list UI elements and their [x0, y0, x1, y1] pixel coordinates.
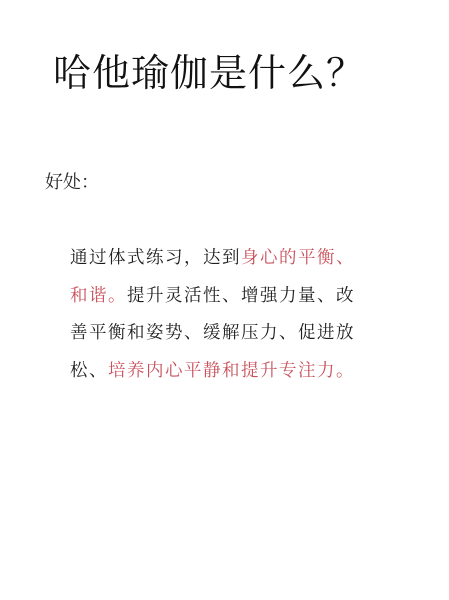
benefits-paragraph: 通过体式练习，达到身心的平衡、 和谐。提升灵活性、增强力量、改 善平衡和姿势、缓… [70, 240, 370, 390]
highlighted-text: 培养内心平静和提升专注力。 [108, 361, 355, 381]
text-segment: 提升灵活性、增强力量、改 [127, 286, 355, 306]
highlighted-text: 和谐。 [70, 286, 127, 306]
text-segment: 通过体式练习，达到 [70, 248, 241, 268]
paragraph-line-2: 和谐。提升灵活性、增强力量、改 [70, 278, 370, 316]
text-segment: 善平衡和姿势、缓解压力、促进放 [70, 323, 355, 343]
section-label-benefits: 好处： [45, 170, 99, 196]
paragraph-line-4: 松、培养内心平静和提升专注力。 [70, 353, 370, 391]
paragraph-line-1: 通过体式练习，达到身心的平衡、 [70, 240, 370, 278]
highlighted-text: 身心的平衡、 [241, 248, 355, 268]
page-title: 哈他瑜伽是什么？ [53, 47, 365, 99]
paragraph-line-3: 善平衡和姿势、缓解压力、促进放 [70, 315, 370, 353]
text-segment: 松、 [70, 361, 108, 381]
